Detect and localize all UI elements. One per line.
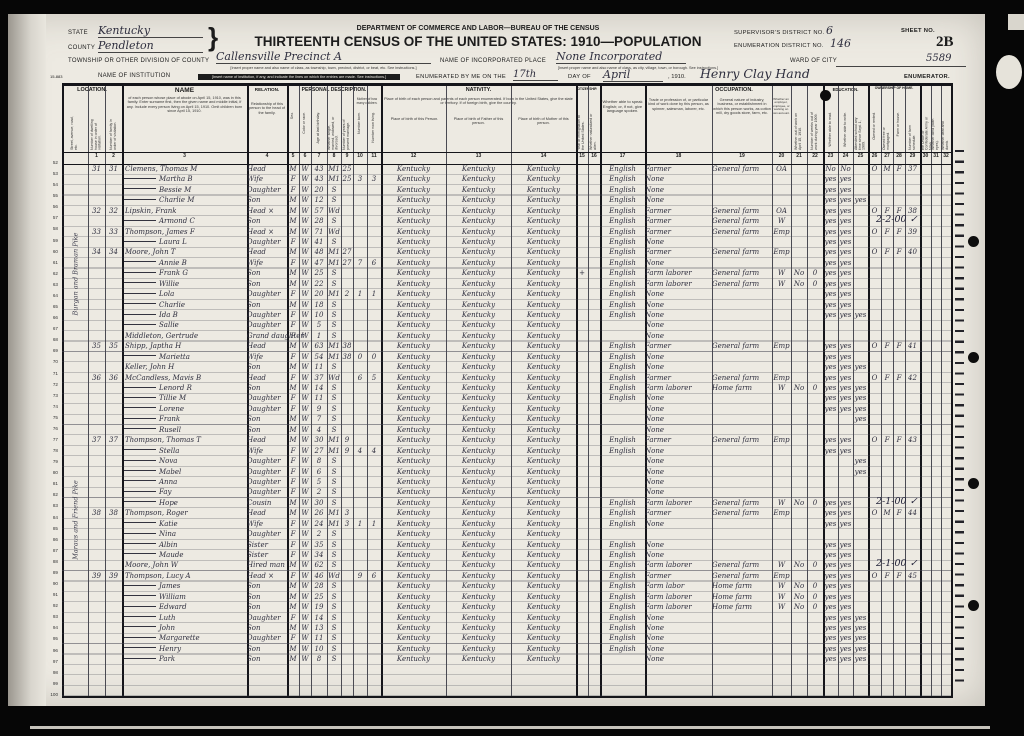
cell-nm: Laura L xyxy=(122,237,247,248)
cell-mb: Kentucky xyxy=(511,185,576,196)
cell-rd: yes xyxy=(823,216,838,227)
cell-fb: Kentucky xyxy=(446,289,511,300)
enumerated-day: 17th xyxy=(513,69,558,81)
cell-cb: 9 xyxy=(353,571,367,582)
cell-mr: S xyxy=(327,592,341,603)
cell-wr: yes xyxy=(838,592,853,603)
cell-co: W xyxy=(299,498,311,509)
cell-mb: Kentucky xyxy=(511,216,576,227)
cell-nm: Katie xyxy=(122,519,247,530)
cell-o3: F xyxy=(893,227,905,238)
cell-ag: 28 xyxy=(311,216,327,227)
cell-dw: 38 xyxy=(88,508,105,519)
cell-co: W xyxy=(299,247,311,258)
column-sublabel-text: Number of years of present marriage. xyxy=(343,112,351,150)
enumerated-year: , 1910. xyxy=(668,74,686,80)
cell-nm: John xyxy=(122,623,247,634)
cell-rel: Grand daughter xyxy=(247,331,287,342)
township-note: [Insert proper name and also name of cla… xyxy=(216,66,431,70)
cell-fb: Kentucky xyxy=(446,393,511,404)
cell-nm: Nova xyxy=(122,456,247,467)
cell-lg: English xyxy=(600,300,645,311)
column-sublabel-text: Number of farm schedule. xyxy=(909,112,917,150)
cell-sc: yes xyxy=(853,383,868,394)
cell-tr: Farm laborer xyxy=(645,498,712,509)
scan-border-bottom xyxy=(0,706,1024,736)
cell-mr: S xyxy=(327,404,341,415)
cell-bp: Kentucky xyxy=(381,467,446,478)
column-number-31: 31 xyxy=(931,153,941,164)
table-row: WillieSonMW22SKentuckyKentuckyKentuckyEn… xyxy=(8,279,951,289)
enumerated-month: April xyxy=(603,68,663,82)
cell-rel: Head × xyxy=(247,571,287,582)
cell-fb: Kentucky xyxy=(446,623,511,634)
cell-fm: 35 xyxy=(105,341,122,352)
cell-fm: 36 xyxy=(105,373,122,384)
cell-fb: Kentucky xyxy=(446,164,511,175)
cell-rd: yes xyxy=(823,435,838,446)
cell-bp: Kentucky xyxy=(381,456,446,467)
cell-sx: F xyxy=(287,446,299,457)
cell-sx: F xyxy=(287,393,299,404)
cell-sx: M xyxy=(287,341,299,352)
column-sublabel-text: Owned free or mortgaged. xyxy=(883,112,891,150)
cell-bp: Kentucky xyxy=(381,227,446,238)
cell-tr: None xyxy=(645,174,712,185)
cell-mr: S xyxy=(327,195,341,206)
cell-mr: M1 xyxy=(327,164,341,175)
cell-ag: 13 xyxy=(311,623,327,634)
cell-rd: yes xyxy=(823,227,838,238)
cell-fb: Kentucky xyxy=(446,300,511,311)
cell-tr: Farm labor xyxy=(645,581,712,592)
cell-rd: yes xyxy=(823,373,838,384)
column-sublabel-o2: Owned free or mortgaged. xyxy=(881,112,893,150)
cell-sx: M xyxy=(287,279,299,290)
cell-rd: yes xyxy=(823,540,838,551)
cell-ag: 5 xyxy=(311,320,327,331)
cell-ag: 28 xyxy=(311,581,327,592)
cell-sx: M xyxy=(287,383,299,394)
cell-lg: English xyxy=(600,195,645,206)
cell-tr: None xyxy=(645,654,712,665)
cell-rel: Daughter xyxy=(247,529,287,540)
cell-cl: 4 xyxy=(367,446,381,457)
cell-bp: Kentucky xyxy=(381,571,446,582)
group-name: NAME xyxy=(122,87,247,94)
cell-rel: Daughter xyxy=(247,310,287,321)
cell-ind: General farm xyxy=(712,498,772,509)
table-row: MariettaWifeFW54M13800KentuckyKentuckyKe… xyxy=(8,352,951,362)
cell-em: W xyxy=(772,498,791,509)
cell-tr: None xyxy=(645,414,712,425)
cell-bp: Kentucky xyxy=(381,279,446,290)
cell-tr: None xyxy=(645,404,712,415)
cell-o2: F xyxy=(881,227,893,238)
cell-tr: None xyxy=(645,477,712,488)
cell-fb: Kentucky xyxy=(446,508,511,519)
cell-wr: yes xyxy=(838,195,853,206)
cell-ow: No xyxy=(791,602,807,613)
group-ownership: OWNERSHIP OF HOME. xyxy=(868,86,920,90)
cell-mr: S xyxy=(327,300,341,311)
cell-mr: M1 xyxy=(327,352,341,363)
cell-co: W xyxy=(299,331,311,342)
cell-tr: None xyxy=(645,633,712,644)
cell-tr: None xyxy=(645,362,712,373)
table-row: HopeCousinMW30SKentuckyKentuckyKentuckyE… xyxy=(8,498,951,508)
scan-border-right xyxy=(985,0,1024,736)
cell-tr: Farmer xyxy=(645,508,712,519)
cell-co: W xyxy=(299,560,311,571)
column-number-1: 1 xyxy=(88,153,105,164)
cell-bp: Kentucky xyxy=(381,373,446,384)
column-sublabel-o3: Farm or house. xyxy=(893,112,905,150)
cell-lg: English xyxy=(600,519,645,530)
cell-tr: Farm laborer xyxy=(645,602,712,613)
cell-lg: English xyxy=(600,373,645,384)
cell-sx: M xyxy=(287,206,299,217)
cell-mr: S xyxy=(327,185,341,196)
cell-ind: General farm xyxy=(712,268,772,279)
cell-nm: Middleton, Gertrude xyxy=(122,331,250,342)
cell-rel: Daughter xyxy=(247,477,287,488)
cell-dw: 37 xyxy=(88,435,105,446)
cell-lg: English xyxy=(600,362,645,373)
ditto-dash xyxy=(124,480,156,481)
cell-sx: M xyxy=(287,227,299,238)
cell-sx: F xyxy=(287,633,299,644)
cell-co: W xyxy=(299,195,311,206)
cell-bp: Kentucky xyxy=(381,268,446,279)
column-sublabel-text: Whether able to write. xyxy=(844,112,848,147)
column-sublabel-text: Whether blind (both eyes). xyxy=(932,112,940,150)
ditto-dash xyxy=(124,178,156,179)
cell-tr: None xyxy=(645,185,712,196)
table-row: AnnaDaughterFW5SKentuckyKentuckyKentucky… xyxy=(8,477,951,487)
cell-sx: M xyxy=(287,300,299,311)
cell-wr: yes xyxy=(838,310,853,321)
cell-ag: 43 xyxy=(311,164,327,175)
cell-ind: General farm xyxy=(712,435,772,446)
incorporated-place-label: Name of incorporated place xyxy=(440,58,546,64)
cell-o2: F xyxy=(881,373,893,384)
cell-o3: F xyxy=(893,247,905,258)
cell-o3: F xyxy=(893,508,905,519)
cell-o4: 44 xyxy=(905,508,920,519)
cell-co: W xyxy=(299,592,311,603)
cell-rel: Head × xyxy=(247,206,287,217)
census-title: THIRTEENTH CENSUS OF THE UNITED STATES: … xyxy=(218,34,738,49)
table-row: Lenord RSonMW14SKentuckyKentuckyKentucky… xyxy=(8,383,951,393)
cell-bp: Kentucky xyxy=(381,477,446,488)
cell-rd: yes xyxy=(823,341,838,352)
cell-rel: Son xyxy=(247,581,287,592)
cell-o3: F xyxy=(893,435,905,446)
cell-sx: F xyxy=(287,237,299,248)
street-column-label-text: Street, avenue, road, etc. xyxy=(71,112,79,150)
cell-em: OA xyxy=(772,206,791,217)
cell-tr: None xyxy=(645,352,712,363)
cell-tr: Farmer xyxy=(645,571,712,582)
cell-mb: Kentucky xyxy=(511,613,576,624)
cell-rd: yes xyxy=(823,383,838,394)
cell-bp: Kentucky xyxy=(381,341,446,352)
cell-mr: M1 xyxy=(327,446,341,457)
cell-rel: Head xyxy=(247,435,287,446)
cell-em: W xyxy=(772,602,791,613)
cell-bp: Kentucky xyxy=(381,206,446,217)
institution-label: Name of institution xyxy=(98,73,170,79)
cell-yr: 27 xyxy=(341,247,353,258)
cell-ag: 30 xyxy=(311,498,327,509)
cell-mr: S xyxy=(327,425,341,436)
cell-co: W xyxy=(299,633,311,644)
cell-ag: 48 xyxy=(311,247,327,258)
cell-nm: Park xyxy=(122,654,247,665)
cell-ag: 57 xyxy=(311,206,327,217)
cell-wr: yes xyxy=(838,581,853,592)
cell-wr: yes xyxy=(838,404,853,415)
cell-fb: Kentucky xyxy=(446,352,511,363)
cell-wk: 0 xyxy=(807,602,823,613)
ditto-dash xyxy=(124,407,156,408)
cell-ow: No xyxy=(791,268,807,279)
column-number-22: 22 xyxy=(807,153,823,164)
cell-o4: 43 xyxy=(905,435,920,446)
cell-lg: English xyxy=(600,613,645,624)
cell-nm: Charlie xyxy=(122,300,247,311)
cell-co: W xyxy=(299,404,311,415)
column-sublabel-text: Number born. xyxy=(358,112,362,134)
cell-bp: Kentucky xyxy=(381,446,446,457)
column-sublabel-text: Farm or house. xyxy=(897,112,901,136)
perforation-dot xyxy=(968,600,979,611)
perforation-dot xyxy=(968,478,979,489)
cell-mb: Kentucky xyxy=(511,373,576,384)
department-line: DEPARTMENT OF COMMERCE AND LABOR—BUREAU … xyxy=(268,25,688,32)
cell-yr: 3 xyxy=(341,508,353,519)
table-row: Keller, John HSonMW11SKentuckyKentuckyKe… xyxy=(8,362,951,372)
cell-tr: Farmer xyxy=(645,435,712,446)
cell-nm: James xyxy=(122,581,247,592)
cell-mr: S xyxy=(327,467,341,478)
cell-bp: Kentucky xyxy=(381,560,446,571)
cell-bp: Kentucky xyxy=(381,164,446,175)
cell-rel: Son xyxy=(247,602,287,613)
column-number-25: 25 xyxy=(853,153,868,164)
cell-fb: Kentucky xyxy=(446,362,511,373)
cell-ow: No xyxy=(791,279,807,290)
cell-rd: yes xyxy=(823,644,838,655)
cell-rel: Head xyxy=(247,341,287,352)
ditto-dash xyxy=(124,626,156,627)
trade-column-desc: Trade or profession of, or particular ki… xyxy=(646,98,711,111)
ditto-dash xyxy=(124,491,156,492)
cell-fm: 34 xyxy=(105,247,122,258)
cell-sc: yes xyxy=(853,404,868,415)
column-sublabel-yr: Number of years of present marriage. xyxy=(341,112,353,150)
cell-co: W xyxy=(299,393,311,404)
cell-bp: Kentucky xyxy=(381,300,446,311)
cell-em: Emp xyxy=(772,373,791,384)
birthplace-father-label: Place of birth of Father of this person. xyxy=(448,117,509,126)
cell-rel: Daughter xyxy=(247,467,287,478)
cell-ag: 34 xyxy=(311,550,327,561)
cell-ow: No xyxy=(791,592,807,603)
cell-wr: yes xyxy=(838,373,853,384)
cell-wk: 0 xyxy=(807,279,823,290)
cell-co: W xyxy=(299,519,311,530)
cell-wr: yes xyxy=(838,571,853,582)
cell-mr: Wd xyxy=(327,373,341,384)
cell-nm: Lenord R xyxy=(122,383,247,394)
cell-yr: 9 xyxy=(341,446,353,457)
cell-mb: Kentucky xyxy=(511,237,576,248)
column-sublabel-ag: Age at last birthday. xyxy=(311,112,327,150)
table-row: CharlieSonMW18SKentuckyKentuckyKentuckyE… xyxy=(8,300,951,310)
cell-wk: 0 xyxy=(807,581,823,592)
cell-rel: Cousin xyxy=(247,498,287,509)
cell-lg: English xyxy=(600,592,645,603)
cell-em: W xyxy=(772,560,791,571)
column-sublabel-text: Age at last birthday. xyxy=(317,112,321,144)
table-row: 3737Thompson, Thomas THeadMW30M19Kentuck… xyxy=(8,435,951,445)
relation-column-desc: Relationship of this person to the head … xyxy=(249,102,285,115)
cell-wr: yes xyxy=(838,446,853,457)
sheet-value: 2B xyxy=(936,34,954,51)
perforation-dot xyxy=(968,236,979,247)
cell-rd: yes xyxy=(823,571,838,582)
cell-wr: yes xyxy=(838,206,853,217)
cell-rel: Daughter xyxy=(247,487,287,498)
cell-rd: yes xyxy=(823,508,838,519)
cell-yr: 3 xyxy=(341,519,353,530)
cell-mr: M1 xyxy=(327,519,341,530)
cell-mr: M1 xyxy=(327,341,341,352)
cell-ag: 18 xyxy=(311,300,327,311)
cell-fb: Kentucky xyxy=(446,195,511,206)
cell-mb: Kentucky xyxy=(511,467,576,478)
cell-lg: English xyxy=(600,258,645,269)
ditto-dash xyxy=(124,261,156,262)
cell-mb: Kentucky xyxy=(511,519,576,530)
cell-fb: Kentucky xyxy=(446,456,511,467)
cell-mb: Kentucky xyxy=(511,310,576,321)
cell-co: W xyxy=(299,320,311,331)
table-row: 3636McCandless, Mavis BHeadFW37Wd65Kentu… xyxy=(8,373,951,383)
cell-ag: 4 xyxy=(311,425,327,436)
cell-nm: Clemens, Thomas M xyxy=(122,164,250,175)
cell-sx: F xyxy=(287,331,299,342)
cell-wr: yes xyxy=(838,279,853,290)
cell-mr: S xyxy=(327,362,341,373)
cell-nm: Edward xyxy=(122,602,247,613)
column-sublabel-sc: Attended school any time since Sept. 1, … xyxy=(853,112,868,150)
cell-sx: M xyxy=(287,362,299,373)
cell-fb: Kentucky xyxy=(446,571,511,582)
cell-mb: Kentucky xyxy=(511,581,576,592)
cell-rel: Son xyxy=(247,279,287,290)
cell-mr: S xyxy=(327,487,341,498)
enumerator-label: Enumerator. xyxy=(904,74,950,80)
ditto-dash xyxy=(124,501,156,502)
cell-co: W xyxy=(299,164,311,175)
cell-lg: English xyxy=(600,352,645,363)
cell-ind: General farm xyxy=(712,341,772,352)
cell-nm: Nina xyxy=(122,529,247,540)
cell-co: W xyxy=(299,550,311,561)
cell-ag: 11 xyxy=(311,393,327,404)
cell-wr: yes xyxy=(838,508,853,519)
cell-lg: English xyxy=(600,216,645,227)
ditto-dash xyxy=(124,293,156,294)
cell-ag: 12 xyxy=(311,195,327,206)
cell-mb: Kentucky xyxy=(511,571,576,582)
cell-co: W xyxy=(299,602,311,613)
cell-ag: 24 xyxy=(311,519,327,530)
cell-ow: No xyxy=(791,560,807,571)
cell-co: W xyxy=(299,352,311,363)
column-number-4: 4 xyxy=(247,153,287,164)
cell-o1: O xyxy=(868,247,881,258)
column-number-21: 21 xyxy=(791,153,807,164)
cell-ag: 8 xyxy=(311,654,327,665)
cell-o4: 41 xyxy=(905,341,920,352)
cell-nm: William xyxy=(122,592,247,603)
column-sublabel-wk: Number of weeks out of work during year … xyxy=(807,112,823,150)
cell-wr: yes xyxy=(838,289,853,300)
cell-fm: 32 xyxy=(105,206,122,217)
column-number-19: 19 xyxy=(712,153,772,164)
cell-tr: None xyxy=(645,331,712,342)
cell-fm: 37 xyxy=(105,435,122,446)
cell-sc: yes xyxy=(853,456,868,467)
cell-rel: Daughter xyxy=(247,633,287,644)
table-row: HenrySonMW10SKentuckyKentuckyKentuckyEng… xyxy=(8,644,951,654)
cell-mb: Kentucky xyxy=(511,446,576,457)
cell-lg: English xyxy=(600,508,645,519)
column-number-30: 30 xyxy=(920,153,931,164)
ditto-dash xyxy=(124,595,156,596)
cell-fb: Kentucky xyxy=(446,268,511,279)
cell-nm: Thompson, James F xyxy=(122,227,250,238)
cell-mb: Kentucky xyxy=(511,560,576,571)
cell-fb: Kentucky xyxy=(446,206,511,217)
column-sublabel-text: Number of family in order of visitation. xyxy=(110,112,118,150)
cell-fb: Kentucky xyxy=(446,477,511,488)
cell-ow: No xyxy=(791,383,807,394)
cell-sx: F xyxy=(287,519,299,530)
cell-wk: 0 xyxy=(807,383,823,394)
cell-bp: Kentucky xyxy=(381,435,446,446)
column-sublabel-text: Whether naturalized or alien. xyxy=(590,112,598,150)
cell-tr: None xyxy=(645,300,712,311)
column-number-3: 3 xyxy=(122,153,247,164)
cell-fb: Kentucky xyxy=(446,331,511,342)
column-sublabel-dw: Number of dwelling house in order of vis… xyxy=(88,112,105,150)
cell-mb: Kentucky xyxy=(511,268,576,279)
cell-fb: Kentucky xyxy=(446,216,511,227)
cell-mb: Kentucky xyxy=(511,477,576,488)
cell-cl: 1 xyxy=(367,519,381,530)
cell-nm: Willie xyxy=(122,279,247,290)
cell-mb: Kentucky xyxy=(511,331,576,342)
cell-mb: Kentucky xyxy=(511,352,576,363)
ditto-dash xyxy=(124,272,156,273)
cell-mr: S xyxy=(327,310,341,321)
cell-tr: None xyxy=(645,644,712,655)
